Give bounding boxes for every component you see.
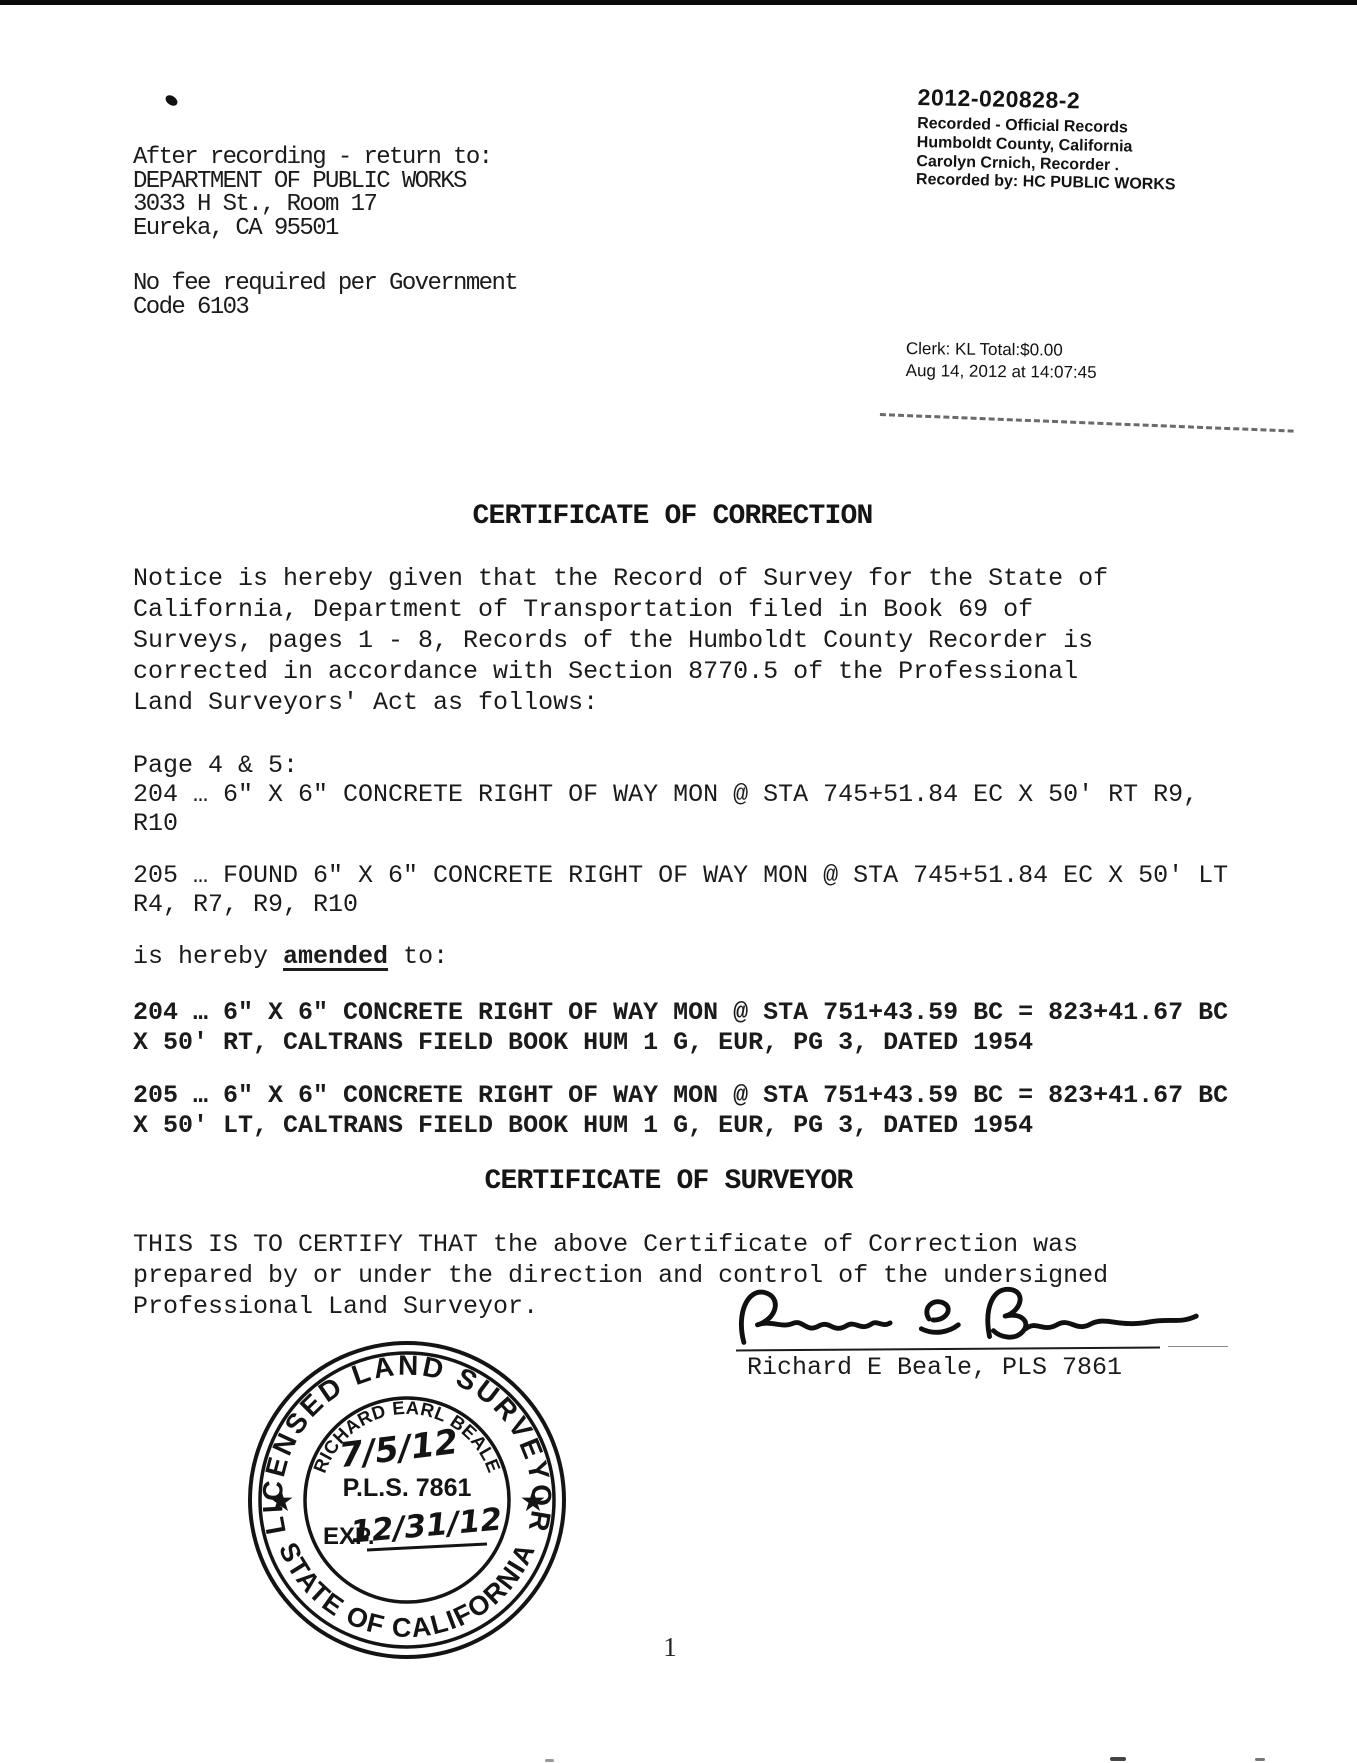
entry-205-amended: 205 … 6" X 6" CONCRETE RIGHT OF WAY MON … [133, 1081, 1228, 1141]
amended-prefix: is hereby [133, 942, 283, 971]
scan-edge-artifact [0, 0, 1357, 5]
signature-line-fragment [1168, 1346, 1228, 1347]
document-number: 2012-020828-2 [917, 84, 1247, 118]
seal-star-right-icon: ★ [520, 1484, 547, 1519]
dashed-separator-line [880, 413, 1294, 433]
clerk-stamp: Clerk: KL Total:$0.00 Aug 14, 2012 at 14… [906, 338, 1097, 384]
fee-note: No fee required per Government Code 6103 [133, 272, 517, 319]
signer-name: Richard E Beale, PLS 7861 [747, 1352, 1122, 1383]
seal-license-number: P.L.S. 7861 [343, 1474, 472, 1502]
ink-speck [164, 93, 180, 108]
surveyor-section-title: CERTIFICATE OF SURVEYOR [0, 1166, 1337, 1198]
scan-artifact [1110, 1757, 1126, 1761]
scanned-document-page: 2012-020828-2 Recorded - Official Record… [0, 0, 1357, 1763]
entry-204-original: Page 4 & 5: 204 … 6" X 6" CONCRETE RIGHT… [133, 751, 1198, 838]
notice-paragraph: Notice is hereby given that the Record o… [133, 563, 1108, 718]
signature-stroke-first-name [741, 1292, 890, 1342]
page-number: 1 [650, 1632, 690, 1663]
entry-204-amended: 204 … 6" X 6" CONCRETE RIGHT OF WAY MON … [133, 998, 1228, 1058]
scan-artifact [1255, 1758, 1265, 1761]
signature-stroke-last-name [988, 1289, 1196, 1337]
entry-205-original: 205 … FOUND 6" X 6" CONCRETE RIGHT OF WA… [133, 861, 1228, 919]
document-title: CERTIFICATE OF CORRECTION [0, 501, 1345, 533]
scan-artifact [545, 1759, 554, 1762]
amended-suffix: to: [388, 942, 448, 971]
recorder-stamp-lines: Recorded - Official Records Humboldt Cou… [916, 115, 1248, 197]
signature-stroke-middle-initial [921, 1302, 958, 1333]
surveyor-seal: LICENSED LAND SURVEYOR STATE OF CALIFORN… [237, 1330, 577, 1670]
recorder-stamp: 2012-020828-2 Recorded - Official Record… [916, 84, 1248, 197]
amended-line: is hereby amended to: [133, 941, 448, 972]
seal-star-left-icon: ★ [268, 1484, 295, 1519]
amended-word: amended [283, 942, 388, 971]
return-address: After recording - return to: DEPARTMENT … [133, 146, 491, 240]
